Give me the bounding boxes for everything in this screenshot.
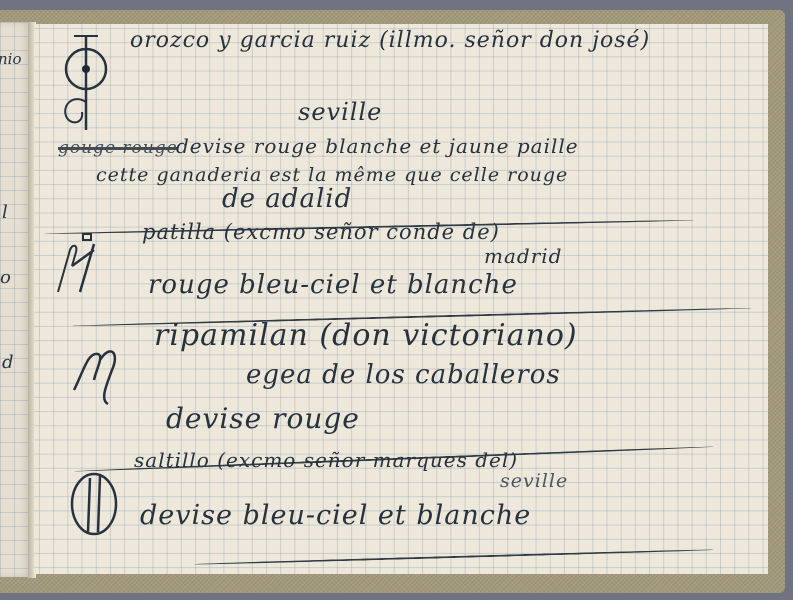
left-page-fragment: o xyxy=(0,267,11,288)
circle-with-cross-and-scroll-brand-icon xyxy=(56,32,106,132)
left-page-fragment: d xyxy=(2,352,14,373)
entry-divider xyxy=(194,549,714,566)
entry-devise: devise rouge blanche et jaune paille xyxy=(176,134,579,158)
entry-title: ripamilan (don victoriano) xyxy=(154,318,578,353)
struck-text: gouge rouge xyxy=(58,138,178,158)
entry-note: cette ganaderia est la même que celle ro… xyxy=(96,164,568,186)
left-page-fragment: l xyxy=(2,202,8,223)
entry-devise: rouge bleu-ciel et blanche xyxy=(148,270,518,300)
left-page-fragment: nio xyxy=(0,50,22,68)
entry-title: patilla (excmo señor conde de) xyxy=(142,220,500,244)
entry-city: seville xyxy=(500,470,568,492)
entry-devise: devise bleu-ciel et blanche xyxy=(140,500,531,531)
entry-devise: devise rouge xyxy=(166,402,360,435)
entry-city: egea de los caballeros xyxy=(246,360,561,390)
swirl-m-brand-icon xyxy=(70,330,130,410)
entry-title: orozco y garcia ruiz (illmo. señor don j… xyxy=(130,28,650,53)
entry-note-continued: de adalid xyxy=(222,184,352,214)
notebook-page: orozco y garcia ruiz (illmo. señor don j… xyxy=(34,24,768,574)
oval-double-bar-brand-icon xyxy=(68,470,128,540)
crossed-pf-brand-icon xyxy=(54,230,104,300)
entry-title: saltillo (excmo señor marques del) xyxy=(134,448,518,472)
entry-city: seville xyxy=(298,98,382,126)
entry-city: madrid xyxy=(484,244,562,268)
